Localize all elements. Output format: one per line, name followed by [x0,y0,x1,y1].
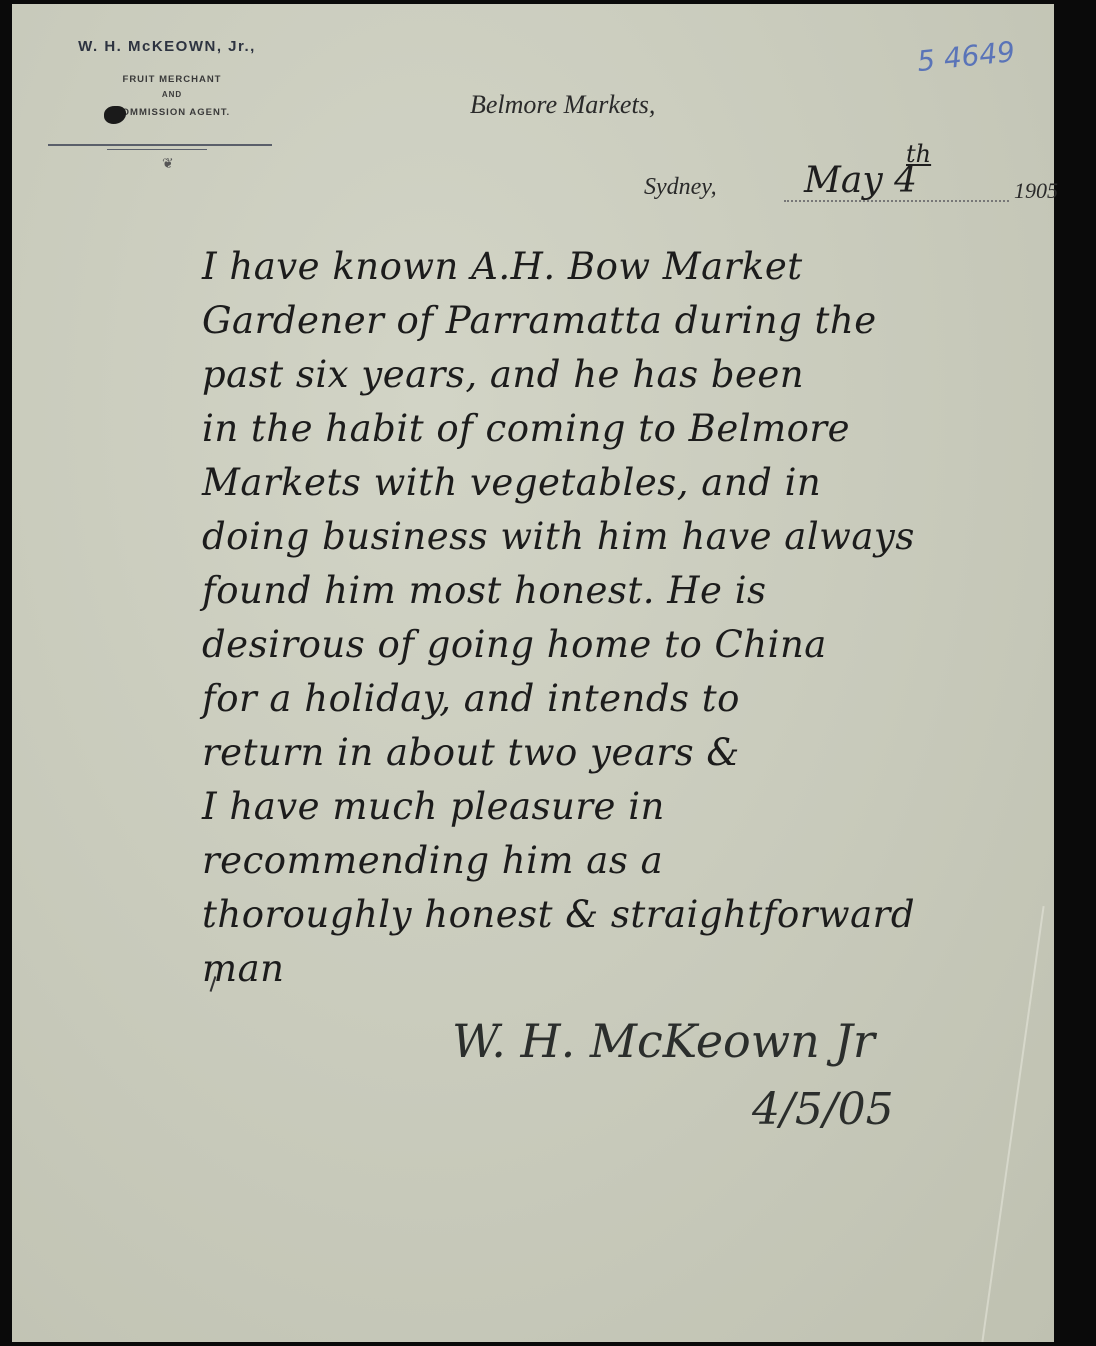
fleuron-icon: ❦ [162,156,174,173]
body-line: Gardener of Parramatta during the [202,294,1062,348]
signature-date: 4/5/05 [752,1084,894,1135]
body-line: I have known A.H. Bow Market [202,240,1062,294]
body-line: desirous of going home to China [202,618,1062,672]
body-line: doing business with him have always [202,510,1062,564]
body-line: for a holiday, and intends to [202,672,1062,726]
body-line: return in about two years & [202,726,1062,780]
body-line: I have much pleasure in [202,780,1062,834]
body-line: in the habit of coming to Belmore [202,402,1062,456]
letterhead-line-3: COMMISSION AGENT. [62,107,282,118]
letterhead-line-1: FRUIT MERCHANT [62,74,282,85]
letterhead-rule-bottom [107,149,207,150]
body-line: man [202,942,1062,996]
letterhead-rule-top [48,144,272,146]
date-year: 1905 [1014,178,1058,204]
letter-page: W. H. McKEOWN, Jr., FRUIT MERCHANT AND C… [12,4,1054,1342]
date-line: Sydney, May 4 th 1905 [644,154,1054,214]
body-line: thoroughly honest & straightforward [202,888,1062,942]
body-line: found him most honest. He is [202,564,1062,618]
letterhead-place: Belmore Markets, [470,90,655,120]
letter-body: I have known A.H. Bow Market Gardener of… [202,240,1062,996]
body-line: Markets with vegetables, and in [202,456,1062,510]
date-city: Sydney, [644,174,717,201]
date-handwritten: May 4 [804,160,917,201]
signature: W. H. McKeown Jr [452,1014,875,1068]
body-line: recommending him as a [202,834,1062,888]
letterhead-name: W. H. McKEOWN, Jr., [42,38,292,55]
archive-reference-number: 5 4649 [916,35,1017,78]
ink-blot [104,106,126,124]
letterhead-line-2: AND [62,90,282,99]
body-line: past six years, and he has been [202,348,1062,402]
date-suffix: th [906,140,931,168]
